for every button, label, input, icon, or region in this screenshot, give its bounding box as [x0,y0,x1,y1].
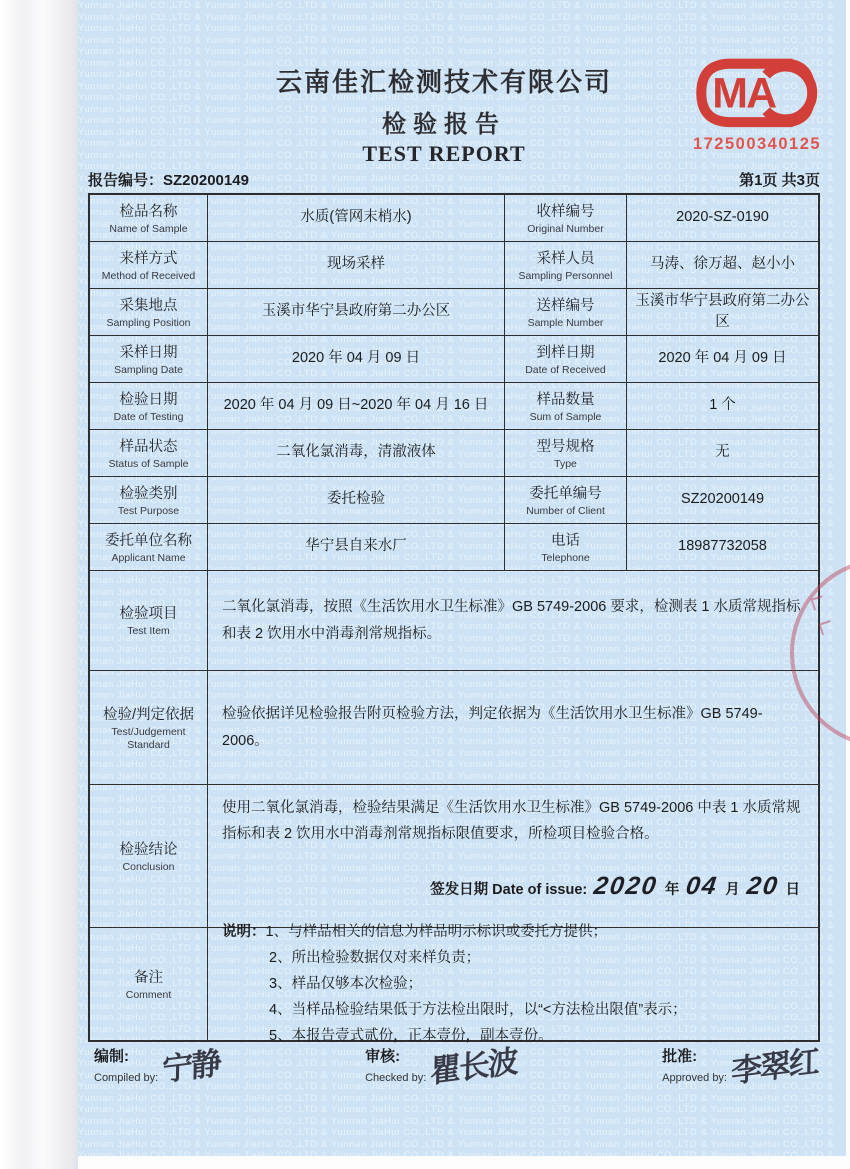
field-label: 电话 Telephone [505,524,627,571]
cma-logo-icon: MA [682,50,832,134]
field-value: 2020 年 04 月 09 日 [627,336,818,383]
field-value: SZ20200149 [627,477,818,524]
scanned-test-report: Yunnan JiaHui CO.,LTD & Yunnan JiaHui CO… [0,0,850,1169]
cma-certification-mark: MA 172500340125 [678,50,836,154]
checked-by-block: 审核: Checked by: 瞿长波 [365,1045,517,1086]
field-label: 检验日期 Date of Testing [90,383,208,430]
remark-label: 备注 Comment [90,928,208,1040]
field-value: 18987732058 [627,524,818,571]
field-value: 玉溪市华宁县政府第二办公区 [208,289,505,336]
report-table: 检品名称 Name of Sample 水质(管网末梢水) 收样编号 Origi… [88,193,820,1042]
field-value: 水质(管网末梢水) [208,195,505,242]
checked-by-signature: 瞿长波 [430,1035,517,1091]
note-line: 说明： 1、与样品相关的信息为样品明示标识或委托方提供； [222,919,607,945]
field-value: 无 [627,430,818,477]
field-value: 玉溪市华宁县政府第二办公区 [627,289,818,336]
page-indicator: 第1页 共3页 [739,169,820,190]
report-number-line: 报告编号：SZ20200149 第1页 共3页 [88,169,820,190]
field-label: 收样编号 Original Number [505,195,627,242]
signature-footer: 编制: Compiled by: 宁静 审核: Checked by: 瞿长波 … [94,1045,818,1086]
field-value: 2020 年 04 月 09 日 [208,336,505,383]
scan-left-margin [0,0,78,1169]
field-value: 2020-SZ-0190 [627,195,818,242]
field-value: 华宁县自来水厂 [208,524,505,571]
judgement-standard-label: 检验/判定依据 Test/Judgement Standard [90,671,208,785]
field-label: 委托单位名称 Applicant Name [90,524,208,571]
field-label: 采样人员 Sampling Personnel [505,242,627,289]
field-value: 马涛、徐万超、赵小小 [627,242,818,289]
test-item-label: 检验项目 Test Item [90,571,208,671]
test-item-text: 二氧化氯消毒，按照《生活饮用水卫生标准》GB 5749-2006 要求，检测表 … [208,571,818,671]
issue-month-handwritten: 04 [680,864,724,909]
field-label: 到样日期 Date of Received [505,336,627,383]
cma-certificate-number: 172500340125 [678,135,836,154]
field-label: 采样日期 Sampling Date [90,336,208,383]
compiled-by-block: 编制: Compiled by: 宁静 [94,1045,220,1086]
approved-by-block: 批准: Approved by: 李翠红 [662,1045,818,1086]
conclusion-text: 使用二氧化氯消毒，检验结果满足《生活饮用水卫生标准》GB 5749-2006 中… [208,785,818,928]
field-label: 委托单编号 Number of Client [505,477,627,524]
field-value: 现场采样 [208,242,505,289]
field-value: 2020 年 04 月 09 日~2020 年 04 月 16 日 [208,383,505,430]
field-label: 样品数量 Sum of Sample [505,383,627,430]
report-page: Yunnan JiaHui CO.,LTD & Yunnan JiaHui CO… [78,0,846,1156]
judgement-standard-text: 检验依据详见检验报告附页检验方法，判定依据为《生活饮用水卫生标准》GB 5749… [208,671,818,785]
field-label: 送样编号 Sample Number [505,289,627,336]
field-label: 型号规格 Type [505,430,627,477]
field-label: 检品名称 Name of Sample [90,195,208,242]
field-value: 委托检验 [208,477,505,524]
report-content: 云南佳汇检测技术有限公司 检验报告 TEST REPORT MA 1725003… [78,0,846,1156]
field-value: 1 个 [627,383,818,430]
note-line: 3、样品仅够本次检验； [269,971,422,997]
field-value: 二氧化氯消毒，清澈液体 [208,430,505,477]
field-label: 检验类别 Test Purpose [90,477,208,524]
date-of-issue: 签发日期 Date of issue: 2020 年 04 月 20 日 [430,864,804,917]
issue-day-handwritten: 20 [741,864,785,909]
issue-year-handwritten: 2020 [588,864,664,909]
note-line: 2、所出检验数据仅对来样负责； [269,945,480,971]
approved-by-signature: 李翠红 [731,1035,818,1091]
note-line: 4、当样品检验结果低于方法检出限时，以“<方法检出限值”表示； [269,997,687,1023]
remark-notes: 说明： 1、与样品相关的信息为样品明示标识或委托方提供； 2、所出检验数据仅对来… [208,928,818,1040]
field-label: 样品状态 Status of Sample [90,430,208,477]
field-label: 采集地点 Sampling Position [90,289,208,336]
report-number: 报告编号：SZ20200149 [88,169,249,190]
conclusion-label: 检验结论 Conclusion [90,785,208,928]
cma-letters: MA [712,70,776,118]
field-label: 来样方式 Method of Received [90,242,208,289]
compiled-by-signature: 宁静 [162,1037,220,1090]
